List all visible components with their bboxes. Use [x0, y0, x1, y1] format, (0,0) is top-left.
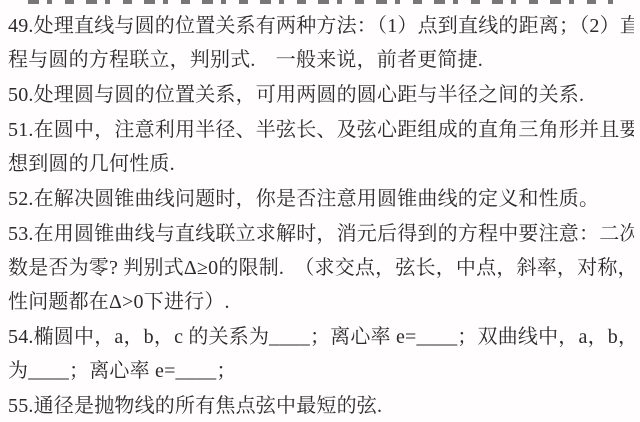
- text-line: 53.在用圆锥曲线与直线联立求解时，消元后得到的方程中要注意：二次项的系: [8, 217, 634, 251]
- text-line: 49.处理直线与圆的位置关系有两种方法：（1）点到直线的距离；（2）直线方: [8, 9, 634, 43]
- note-paragraph-53: 53.在用圆锥曲线与直线联立求解时，消元后得到的方程中要注意：二次项的系 数是否…: [8, 217, 634, 319]
- notes-document: 49.处理直线与圆的位置关系有两种方法：（1）点到直线的距离；（2）直线方 程与…: [0, 0, 640, 422]
- text-line: 程与圆的方程联立，判别式. 一般来说，前者更简捷.: [8, 43, 634, 77]
- note-paragraph-52: 52.在解决圆锥曲线问题时，你是否注意用圆锥曲线的定义和性质。: [8, 182, 634, 216]
- note-paragraph-49: 49.处理直线与圆的位置关系有两种方法：（1）点到直线的距离；（2）直线方 程与…: [8, 9, 634, 77]
- text-line: 50.处理圆与圆的位置关系，可用两圆的圆心距与半径之间的关系.: [8, 78, 634, 112]
- note-paragraph-50: 50.处理圆与圆的位置关系，可用两圆的圆心距与半径之间的关系.: [8, 78, 634, 112]
- note-paragraph-54: 54.椭圆中，a，b，c 的关系为____；离心率 e=____；双曲线中，a，…: [8, 320, 634, 388]
- document-page: { "page": { "colors": { "background": "#…: [0, 0, 640, 422]
- text-line: 数是否为零? 判别式Δ≥0的限制. （求交点，弦长，中点，斜率，对称，存在: [8, 251, 634, 285]
- text-line: 51.在圆中，注意利用半径、半弦长、及弦心距组成的直角三角形并且要更多联: [8, 113, 634, 147]
- text-line: 52.在解决圆锥曲线问题时，你是否注意用圆锥曲线的定义和性质。: [8, 182, 634, 216]
- note-paragraph-51: 51.在圆中，注意利用半径、半弦长、及弦心距组成的直角三角形并且要更多联 想到圆…: [8, 113, 634, 181]
- text-line: 54.椭圆中，a，b，c 的关系为____；离心率 e=____；双曲线中，a，…: [8, 320, 634, 354]
- text-line: 性问题都在Δ>0下进行）.: [8, 285, 634, 319]
- text-line: 为____；离心率 e=____；: [8, 354, 634, 388]
- note-paragraph-55: 55.通径是抛物线的所有焦点弦中最短的弦.: [8, 389, 634, 422]
- clipped-text-fragment-top: [28, 0, 613, 4]
- text-line: 想到圆的几何性质.: [8, 147, 634, 181]
- text-line: 55.通径是抛物线的所有焦点弦中最短的弦.: [8, 389, 634, 422]
